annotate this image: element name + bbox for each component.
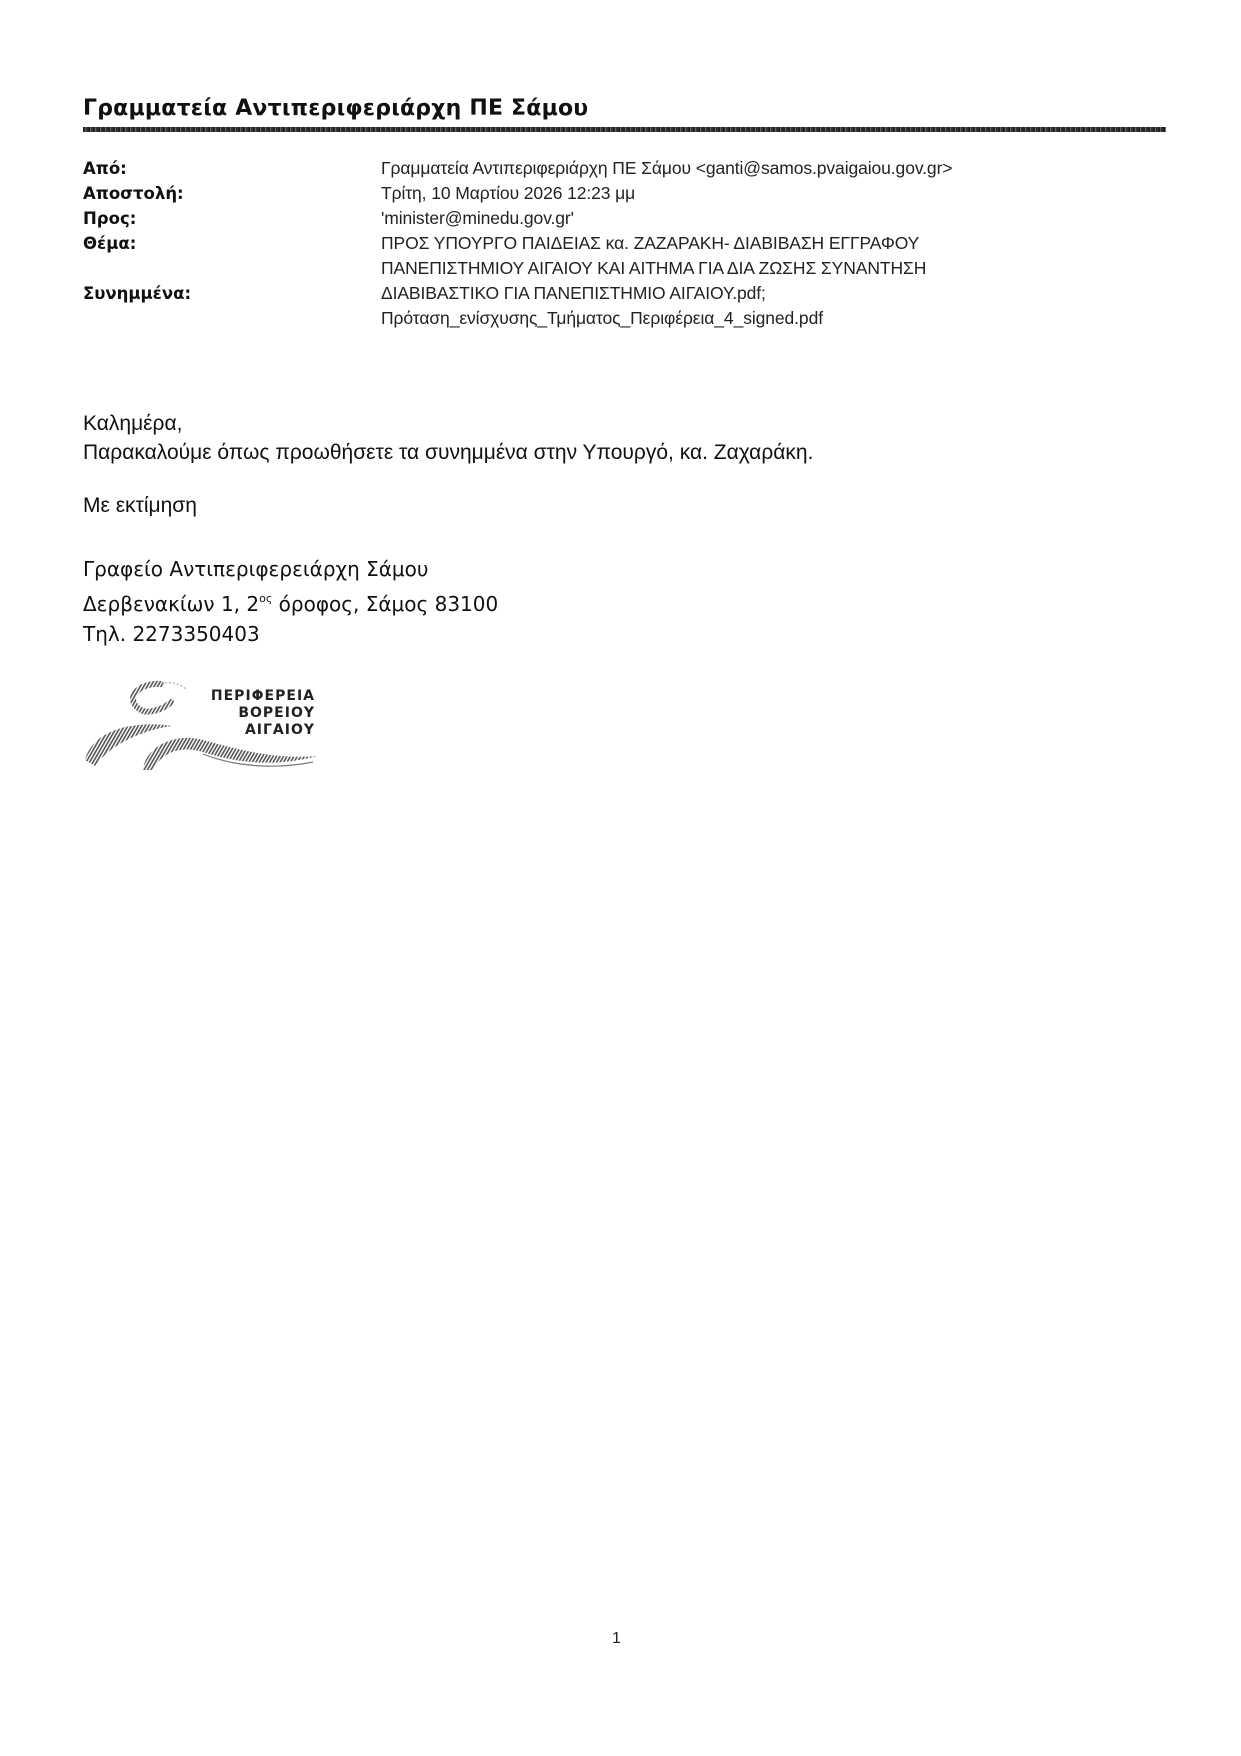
attachments-label: Συνημμένα: xyxy=(83,281,381,306)
from-value: Γραμματεία Αντιπεριφεριάρχη ΠΕ Σάμου <ga… xyxy=(381,156,952,181)
sent-label: Αποστολή: xyxy=(83,181,381,206)
to-value: 'minister@minedu.gov.gr' xyxy=(381,206,574,231)
subject-line: ΠΡΟΣ ΥΠΟΥΡΓΟ ΠΑΙΔΕΙΑΣ κα. ΖΑΖΑΡΑΚΗ- ΔΙΑΒ… xyxy=(381,231,926,256)
closing-text: Με εκτίμηση xyxy=(83,491,197,520)
request-text: Παρακαλούμε όπως προωθήσετε τα συνημμένα… xyxy=(83,438,813,467)
logo-line: ΒΟΡΕΙΟΥ xyxy=(211,705,315,722)
sent-value: Τρίτη, 10 Μαρτίου 2026 12:23 μμ xyxy=(381,181,635,206)
region-north-aegean-logo-icon: ΠΕΡΙΦΕΡΕΙΑ ΒΟΡΕΙΟΥ ΑΙΓΑΙΟΥ xyxy=(83,670,323,780)
logo-line: ΠΕΡΙΦΕΡΕΙΑ xyxy=(211,688,315,705)
header-row-to: Προς: 'minister@minedu.gov.gr' xyxy=(83,206,1173,231)
signature-office: Γραφείο Αντιπεριφερειάρχη Σάμου xyxy=(83,554,498,584)
logo-line: ΑΙΓΑΙΟΥ xyxy=(211,722,315,739)
address-floor-suffix: ος xyxy=(259,592,272,605)
email-header: Από: Γραμματεία Αντιπεριφεριάρχη ΠΕ Σάμο… xyxy=(83,156,1173,331)
header-row-subject: Θέμα: ΠΡΟΣ ΥΠΟΥΡΓΟ ΠΑΙΔΕΙΑΣ κα. ΖΑΖΑΡΑΚΗ… xyxy=(83,231,1173,281)
header-row-from: Από: Γραμματεία Αντιπεριφεριάρχη ΠΕ Σάμο… xyxy=(83,156,1173,181)
signature-address: Δερβενακίων 1, 2ος όροφος, Σάμος 83100 xyxy=(83,584,498,619)
address-rest: όροφος, Σάμος 83100 xyxy=(272,592,498,616)
logo-text: ΠΕΡΙΦΕΡΕΙΑ ΒΟΡΕΙΟΥ ΑΙΓΑΙΟΥ xyxy=(211,688,315,739)
subject-line: ΠΑΝΕΠΙΣΤΗΜΙΟΥ ΑΙΓΑΙΟΥ ΚΑΙ ΑΙΤΗΜΑ ΓΙΑ ΔΙΑ… xyxy=(381,256,926,281)
header-row-sent: Αποστολή: Τρίτη, 10 Μαρτίου 2026 12:23 μ… xyxy=(83,181,1173,206)
header-row-attachments: Συνημμένα: ΔΙΑΒΙΒΑΣΤΙΚΟ ΓΙΑ ΠΑΝΕΠΙΣΤΗΜΙΟ… xyxy=(83,281,1173,331)
title-divider xyxy=(83,127,1166,132)
attachments-value: ΔΙΑΒΙΒΑΣΤΙΚΟ ΓΙΑ ΠΑΝΕΠΙΣΤΗΜΙΟ ΑΙΓΑΙΟΥ.pd… xyxy=(381,281,823,331)
attachment-file: Πρόταση_ενίσχυσης_Τμήματος_Περιφέρεια_4_… xyxy=(381,306,823,331)
signature-block: Γραφείο Αντιπεριφερειάρχη Σάμου Δερβενακ… xyxy=(83,554,498,649)
greeting-text: Καλημέρα, xyxy=(83,409,182,438)
from-label: Από: xyxy=(83,156,381,181)
subject-value: ΠΡΟΣ ΥΠΟΥΡΓΟ ΠΑΙΔΕΙΑΣ κα. ΖΑΖΑΡΑΚΗ- ΔΙΑΒ… xyxy=(381,231,926,281)
attachment-file: ΔΙΑΒΙΒΑΣΤΙΚΟ ΓΙΑ ΠΑΝΕΠΙΣΤΗΜΙΟ ΑΙΓΑΙΟΥ.pd… xyxy=(381,281,823,306)
subject-label: Θέμα: xyxy=(83,231,381,256)
to-label: Προς: xyxy=(83,206,381,231)
address-street: Δερβενακίων 1, 2 xyxy=(83,592,259,616)
page-number: 1 xyxy=(612,1630,621,1648)
signature-phone: Τηλ. 2273350403 xyxy=(83,619,498,649)
page-title: Γραμματεία Αντιπεριφεριάρχη ΠΕ Σάμου xyxy=(83,96,588,121)
